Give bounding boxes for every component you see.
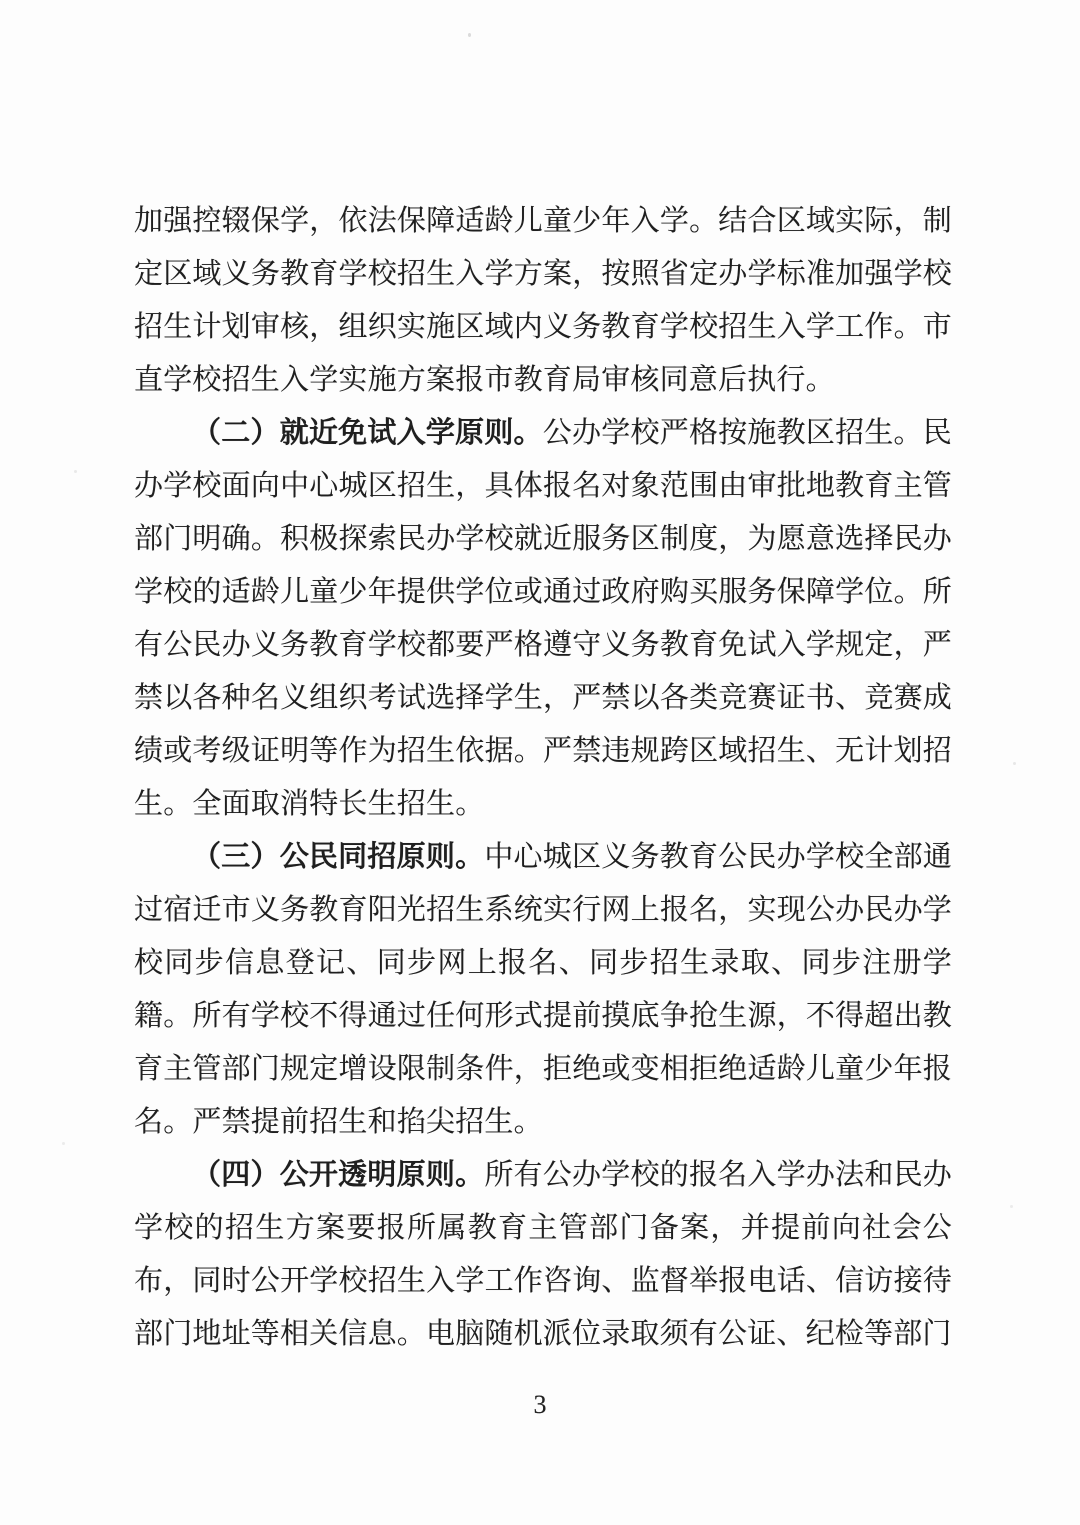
scan-speckle <box>62 1142 65 1145</box>
scan-speckle <box>1010 1205 1013 1208</box>
page-number: 3 <box>0 1390 1080 1420</box>
paragraph: 加强控辍保学，依法保障适龄儿童少年入学。结合区域实际，制定区域义务教育学校招生入… <box>134 195 952 407</box>
scan-speckle <box>1013 762 1016 765</box>
scan-speckle <box>74 470 77 473</box>
section-heading: （四）公开透明原则。 <box>192 1159 484 1191</box>
paragraph: （四）公开透明原则。所有公办学校的报名入学办法和民办学校的招生方案要报所属教育主… <box>134 1149 952 1361</box>
section-heading: （三）公民同招原则。 <box>192 841 484 873</box>
body-text: 中心城区义务教育公民办学校全部通过宿迁市义务教育阳光招生系统实行网上报名，实现公… <box>134 841 952 1138</box>
section-heading: （二）就近免试入学原则。 <box>192 417 543 449</box>
scan-speckle <box>468 33 471 37</box>
paragraph: （二）就近免试入学原则。公办学校严格按施教区招生。民办学校面向中心城区招生，具体… <box>134 407 952 831</box>
body-text: 公办学校严格按施教区招生。民办学校面向中心城区招生，具体报名对象范围由审批地教育… <box>134 417 952 820</box>
document-page: 加强控辍保学，依法保障适龄儿童少年入学。结合区域实际，制定区域义务教育学校招生入… <box>0 0 1080 1525</box>
body-text: 加强控辍保学，依法保障适龄儿童少年入学。结合区域实际，制定区域义务教育学校招生入… <box>134 205 952 396</box>
document-body: 加强控辍保学，依法保障适龄儿童少年入学。结合区域实际，制定区域义务教育学校招生入… <box>134 195 952 1361</box>
paragraph: （三）公民同招原则。中心城区义务教育公民办学校全部通过宿迁市义务教育阳光招生系统… <box>134 831 952 1149</box>
